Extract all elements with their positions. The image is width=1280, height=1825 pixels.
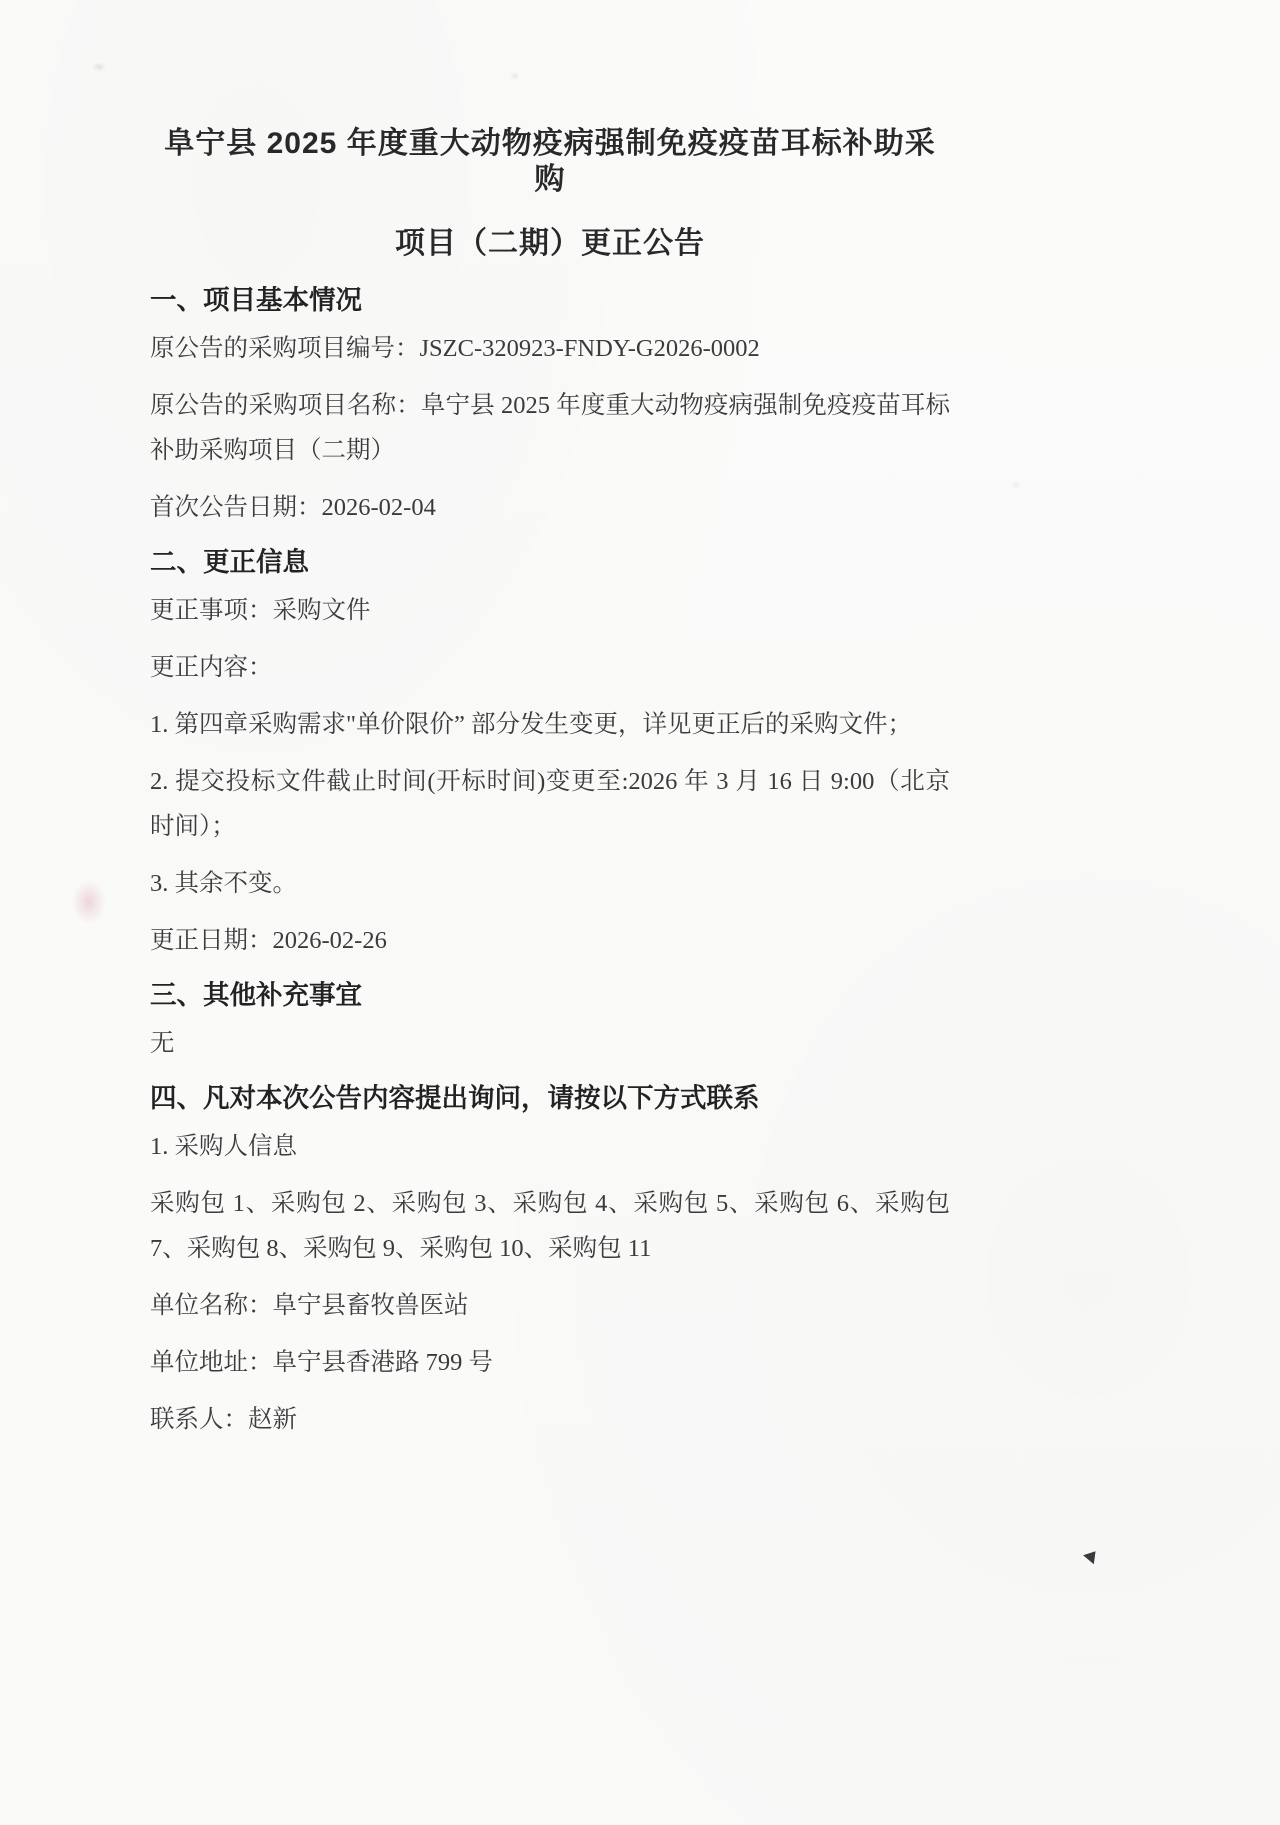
project-name-label: 原公告的采购项目名称： [150, 392, 421, 419]
org-address-row: 单位地址：阜宁县香港路 799 号 [150, 1340, 950, 1385]
correction-content-label-row: 更正内容： [150, 645, 950, 690]
scanned-document-page: 阜宁县 2025 年度重大动物疫病强制免疫疫苗耳标补助采购 项目（二期）更正公告… [0, 0, 1280, 1825]
correction-change-3: 3. 其余不变。 [150, 861, 950, 906]
document-title-line2: 项目（二期）更正公告 [150, 226, 950, 262]
correction-item-value: 采购文件 [273, 597, 371, 624]
first-announce-date-row: 首次公告日期：2026-02-04 [150, 485, 950, 530]
correction-item-label: 更正事项： [150, 597, 273, 624]
purchase-packages: 采购包 1、采购包 2、采购包 3、采购包 4、采购包 5、采购包 6、采购包 … [150, 1181, 950, 1271]
document-title-line1: 阜宁县 2025 年度重大动物疫病强制免疫疫苗耳标补助采购 [150, 126, 950, 198]
correction-date-value: 2026-02-26 [273, 927, 387, 954]
correction-date-label: 更正日期： [150, 927, 273, 954]
org-name-label: 单位名称： [150, 1292, 273, 1319]
first-announce-date-label: 首次公告日期： [150, 494, 322, 521]
project-number-label: 原公告的采购项目编号： [150, 335, 420, 362]
section2-heading: 二、更正信息 [150, 542, 950, 582]
scan-artifact-corner-mark [1083, 1547, 1101, 1564]
correction-change-1: 1. 第四章采购需求"单价限价” 部分发生变更，详见更正后的采购文件； [150, 702, 950, 747]
section4-heading: 四、凡对本次公告内容提出询问，请按以下方式联系 [150, 1078, 950, 1118]
correction-item-row: 更正事项：采购文件 [150, 588, 950, 633]
project-number-value: JSZC-320923-FNDY-G2026-0002 [420, 335, 760, 362]
scan-artifact-pink-smudge [72, 880, 106, 924]
org-name-row: 单位名称：阜宁县畜牧兽医站 [150, 1283, 950, 1328]
contact-label: 联系人： [150, 1406, 248, 1433]
section1-heading: 一、项目基本情况 [150, 280, 950, 320]
contact-value: 赵新 [248, 1406, 297, 1433]
correction-change-2: 2. 提交投标文件截止时间(开标时间)变更至:2026 年 3 月 16 日 9… [150, 759, 950, 849]
scan-artifact-speck [1010, 480, 1022, 489]
project-number-row: 原公告的采购项目编号：JSZC-320923-FNDY-G2026-0002 [150, 326, 950, 371]
org-address-label: 单位地址： [150, 1349, 273, 1376]
correction-date-row: 更正日期：2026-02-26 [150, 918, 950, 963]
contact-row: 联系人：赵新 [150, 1397, 950, 1442]
project-name-row: 原公告的采购项目名称：阜宁县 2025 年度重大动物疫病强制免疫疫苗耳标补助采购… [150, 383, 950, 473]
buyer-info-label: 1. 采购人信息 [150, 1124, 950, 1169]
org-name-value: 阜宁县畜牧兽医站 [273, 1292, 469, 1319]
section3-content: 无 [150, 1021, 950, 1066]
scan-artifact-speck [510, 72, 520, 80]
scan-artifact-speck [92, 62, 106, 72]
document-content: 阜宁县 2025 年度重大动物疫病强制免疫疫苗耳标补助采购 项目（二期）更正公告… [150, 126, 950, 1454]
first-announce-date-value: 2026-02-04 [322, 494, 436, 521]
section3-heading: 三、其他补充事宜 [150, 975, 950, 1015]
org-address-value: 阜宁县香港路 799 号 [273, 1349, 494, 1376]
